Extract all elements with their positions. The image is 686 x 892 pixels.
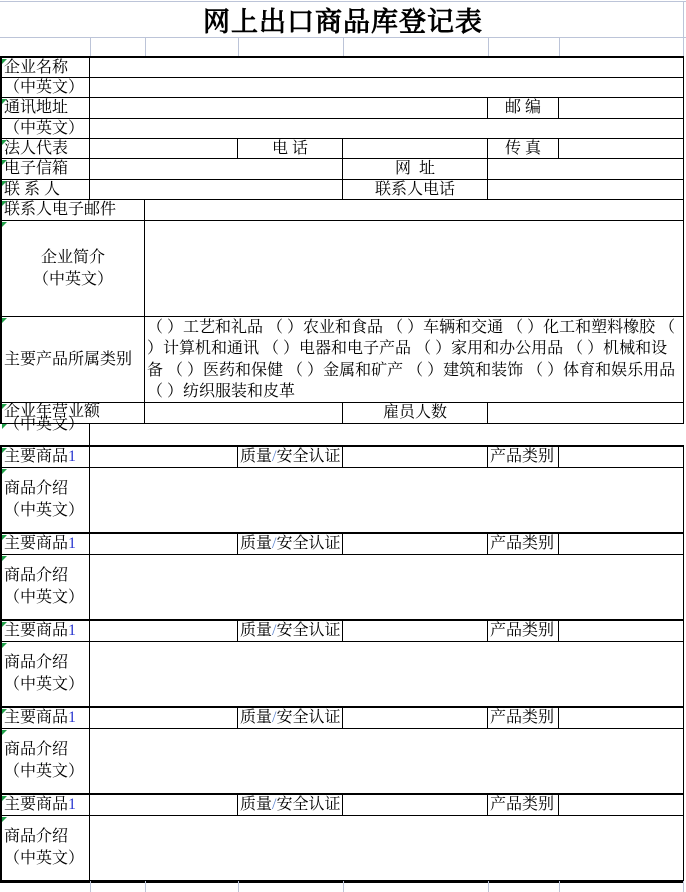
product-5-label: 主要商品1 (0, 793, 90, 815)
label-text: 商品介绍 (4, 478, 68, 500)
product-5-name-input[interactable] (90, 793, 238, 815)
grid-line (683, 2, 684, 56)
cell-flag-icon (2, 140, 7, 145)
grid-line (343, 881, 344, 892)
company-profile-input[interactable] (145, 220, 684, 316)
product-3-quality-input[interactable] (343, 619, 488, 641)
product-1-quality-label: 质量/安全认证 (238, 445, 343, 467)
label-text: （中英文） (4, 500, 84, 522)
annual-revenue-label-line2: （中英文） (4, 416, 144, 433)
spreadsheet-form: 网上出口商品库登记表 企业名称（中英文）通讯地址邮 编（中英文）法人代表电 话传… (0, 0, 686, 892)
contact-phone-label: 联系人电话 (343, 179, 488, 199)
product-2-label: 主要商品1 (0, 532, 90, 554)
company-name-input[interactable] (90, 56, 684, 77)
email-label: 电子信箱 (0, 158, 90, 179)
label-text: 质量 (240, 535, 272, 553)
label-text: 安全认证 (276, 535, 340, 553)
label-text: （ ） (407, 362, 443, 379)
cell-flag-icon (2, 622, 7, 627)
address-label-cn-en: （中英文） (0, 118, 90, 138)
label-text: 建筑和装饰 (443, 362, 523, 379)
label-text: （ ） (263, 340, 299, 357)
product-3-name-input[interactable] (90, 619, 238, 641)
cell-flag-icon (2, 817, 7, 822)
label-text: 化工和塑料橡胶 (543, 319, 655, 336)
cell-flag-icon (2, 222, 7, 227)
cell-flag-icon (2, 556, 7, 561)
postal-code-label: 邮 编 (488, 97, 559, 118)
product-1-description-label: 商品介绍（中英文） (0, 467, 90, 532)
product-1-name-input[interactable] (90, 445, 238, 467)
label-text: 质量 (240, 622, 272, 640)
product-2-quality-input[interactable] (343, 532, 488, 554)
cell-flag-icon (2, 318, 7, 323)
label-text: 主要商品 (4, 709, 68, 727)
categories-option-list: （ ）工艺和礼品 （ ）农业和食品 （ ）车辆和交通 （ ）化工和塑料橡胶 （ … (147, 317, 681, 403)
label-text: （ ） (387, 319, 423, 336)
cell-flag-icon (2, 424, 7, 429)
label-text: 1 (68, 709, 76, 727)
grid-line (488, 881, 489, 892)
product-5-description-input[interactable] (90, 815, 684, 883)
label-text: 安全认证 (276, 622, 340, 640)
label-text: 金属和矿产 (323, 362, 403, 379)
cell-flag-icon (2, 469, 7, 474)
label-text: （ ） (527, 362, 563, 379)
cell-flag-icon (2, 730, 7, 735)
product-2-category-label: 产品类别 (488, 532, 559, 554)
product-3-description-label: 商品介绍（中英文） (0, 641, 90, 706)
annual-revenue-label: 企业年营业额（中英文） (0, 402, 145, 423)
label-text: 1 (68, 622, 76, 640)
label-text: 主要商品 (4, 622, 68, 640)
cell-flag-icon (2, 709, 7, 714)
product-3-category-input[interactable] (559, 619, 684, 641)
phone-input[interactable] (343, 138, 488, 158)
address-label: 通讯地址 (0, 97, 90, 118)
product-3-category-label: 产品类别 (488, 619, 559, 641)
contact-email-input[interactable] (145, 199, 684, 220)
label-text: 电器和电子产品 (299, 340, 411, 357)
label-text: （中英文） (33, 269, 113, 291)
label-text: 家用和办公用品 (451, 340, 563, 357)
label-text: 1 (68, 535, 76, 553)
label-text: 商品介绍 (4, 565, 68, 587)
label-text: （ ） (267, 319, 303, 336)
address-en-input[interactable] (90, 118, 684, 138)
categories-label: 主要产品所属类别 (0, 316, 145, 402)
product-4-name-input[interactable] (90, 706, 238, 728)
product-5-quality-label: 质量/安全认证 (238, 793, 343, 815)
cell-flag-icon (2, 99, 7, 104)
product-1-quality-input[interactable] (343, 445, 488, 467)
label-text: 主要商品 (4, 796, 68, 814)
grid-line (145, 38, 146, 56)
product-2-name-input[interactable] (90, 532, 238, 554)
label-text: 商品介绍 (4, 739, 68, 761)
annual-revenue-input[interactable] (145, 402, 343, 423)
cell-flag-icon (2, 535, 7, 540)
grid-line (90, 881, 91, 892)
legal-rep-input[interactable] (90, 138, 238, 158)
label-text: （中英文） (4, 674, 84, 696)
grid-line (488, 38, 489, 56)
form-title: 网上出口商品库登记表 (0, 2, 686, 37)
product-2-description-input[interactable] (90, 554, 684, 619)
label-text: 体育和娱乐用品 (563, 362, 675, 379)
cell-flag-icon (2, 160, 7, 165)
label-text: 商品介绍 (4, 652, 68, 674)
product-categories-options[interactable]: （ ）工艺和礼品 （ ）农业和食品 （ ）车辆和交通 （ ）化工和塑料橡胶 （ … (145, 316, 684, 402)
contact-phone-input[interactable] (488, 179, 684, 199)
label-text: 纺织服装和皮革 (183, 383, 295, 400)
label-text: （ ） (415, 340, 451, 357)
contact-person-input[interactable] (90, 179, 343, 199)
company-name-label-cn-en: （中英文） (0, 77, 90, 97)
label-text: 计算机和通讯 (163, 340, 259, 357)
label-text: 安全认证 (276, 448, 340, 466)
product-2-category-input[interactable] (559, 532, 684, 554)
label-text: 医药和保健 (203, 362, 283, 379)
product-2-description-label: 商品介绍（中英文） (0, 554, 90, 619)
website-label: 网 址 (343, 158, 488, 179)
grid-line (343, 38, 344, 56)
product-4-description-input[interactable] (90, 728, 684, 793)
cell-flag-icon (2, 643, 7, 648)
cell-flag-icon (2, 796, 7, 801)
label-text: 企业简介 (41, 247, 105, 269)
product-5-quality-input[interactable] (343, 793, 488, 815)
cell-flag-icon (2, 59, 7, 64)
label-text: 农业和食品 (303, 319, 383, 336)
product-4-label: 主要商品1 (0, 706, 90, 728)
product-4-quality-label: 质量/安全认证 (238, 706, 343, 728)
label-text: 安全认证 (276, 709, 340, 727)
cell-flag-icon (2, 181, 7, 186)
product-2-quality-label: 质量/安全认证 (238, 532, 343, 554)
grid-line (90, 38, 91, 56)
employee-count-input[interactable] (488, 402, 684, 423)
grid-line (238, 38, 239, 56)
label-text: （ ） (287, 362, 323, 379)
grid-line (0, 1, 686, 2)
product-4-category-input[interactable] (559, 706, 684, 728)
label-text: （ ） (147, 383, 183, 400)
product-1-category-input[interactable] (559, 445, 684, 467)
label-text: 车辆和交通 (423, 319, 503, 336)
label-text: 质量 (240, 448, 272, 466)
label-text: （中英文） (4, 848, 84, 870)
fax-input[interactable] (559, 138, 684, 158)
label-text: （中英文） (4, 761, 84, 783)
grid-line (238, 881, 239, 892)
label-text: 安全认证 (276, 796, 340, 814)
cell-flag-icon (2, 404, 7, 409)
label-text: 质量 (240, 709, 272, 727)
email-input[interactable] (90, 158, 343, 179)
postal-code-input[interactable] (559, 97, 684, 118)
employee-count-label: 雇员人数 (343, 402, 488, 423)
product-1-category-label: 产品类别 (488, 445, 559, 467)
contact-person-label: 联 系 人 (0, 179, 90, 199)
label-text: （ ） (167, 362, 203, 379)
grid-line (559, 38, 560, 56)
product-5-description-label: 商品介绍（中英文） (0, 815, 90, 883)
product-1-description-input[interactable] (90, 467, 684, 532)
fax-label: 传 真 (488, 138, 559, 158)
product-4-quality-input[interactable] (343, 706, 488, 728)
product-5-category-label: 产品类别 (488, 793, 559, 815)
legal-rep-label: 法人代表 (0, 138, 90, 158)
label-text: 1 (68, 448, 76, 466)
label-text: 主要商品 (4, 448, 68, 466)
label-text: 工艺和礼品 (183, 319, 263, 336)
label-text: 质量 (240, 796, 272, 814)
label-text: 1 (68, 796, 76, 814)
cell-flag-icon (2, 448, 7, 453)
company-profile-label: 企业简介（中英文） (0, 220, 145, 316)
product-3-quality-label: 质量/安全认证 (238, 619, 343, 641)
label-text: （ ） (567, 340, 603, 357)
cell-flag-icon (2, 201, 7, 206)
address-input[interactable] (90, 97, 488, 118)
company-name-en-input[interactable] (90, 77, 684, 97)
label-text: （ ） (147, 319, 183, 336)
product-5-category-input[interactable] (559, 793, 684, 815)
product-4-category-label: 产品类别 (488, 706, 559, 728)
contact-email-label: 联系人电子邮件 (0, 199, 145, 220)
product-4-description-label: 商品介绍（中英文） (0, 728, 90, 793)
phone-label: 电 话 (238, 138, 343, 158)
label-text: 主要商品 (4, 535, 68, 553)
label-text: 商品介绍 (4, 826, 68, 848)
website-input[interactable] (488, 158, 684, 179)
grid-line (683, 881, 684, 892)
label-text: （中英文） (4, 587, 84, 609)
product-1-label: 主要商品1 (0, 445, 90, 467)
product-3-label: 主要商品1 (0, 619, 90, 641)
grid-line (559, 881, 560, 892)
grid-line (145, 881, 146, 892)
label-text: （ ） (507, 319, 543, 336)
product-3-description-input[interactable] (90, 641, 684, 706)
company-name-label: 企业名称 (0, 56, 90, 77)
